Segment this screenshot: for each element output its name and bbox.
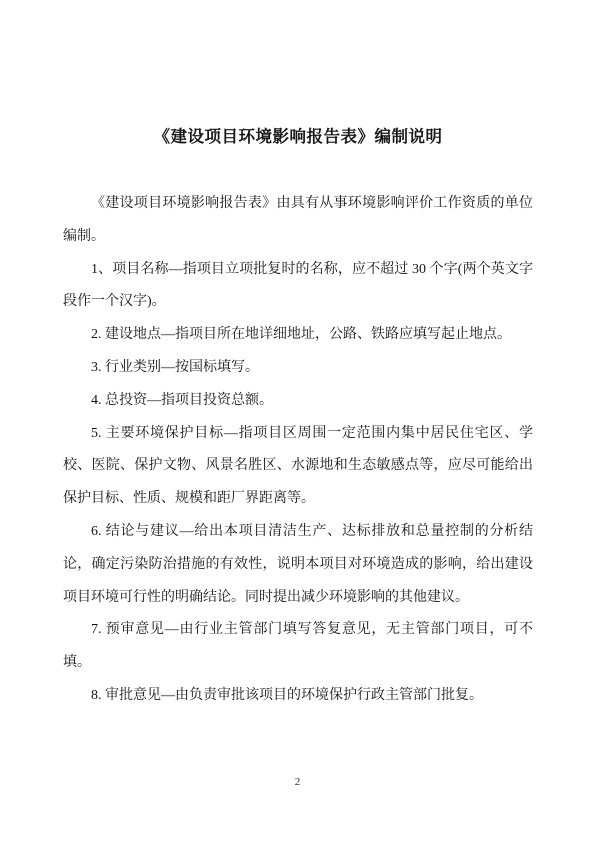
document-page: 《建设项目环境影响报告表》编制说明 《建设项目环境影响报告表》由具有从事环境影响… bbox=[0, 0, 595, 842]
list-item-7: 7. 预审意见—由行业主管部门填写答复意见，无主管部门项目，可不填。 bbox=[63, 614, 533, 680]
list-item-3: 3. 行业类别—按国标填写。 bbox=[63, 352, 533, 385]
document-content: 《建设项目环境影响报告表》编制说明 《建设项目环境影响报告表》由具有从事环境影响… bbox=[63, 126, 533, 713]
list-item-2: 2. 建设地点—指项目所在地详细地址，公路、铁路应填写起止地点。 bbox=[63, 319, 533, 352]
list-item-6: 6. 结论与建议—给出本项目清洁生产、达标排放和总量控制的分析结论，确定污染防治… bbox=[63, 516, 533, 614]
document-title: 《建设项目环境影响报告表》编制说明 bbox=[63, 126, 533, 148]
page-number: 2 bbox=[0, 776, 595, 788]
intro-paragraph: 《建设项目环境影响报告表》由具有从事环境影响评价工作资质的单位编制。 bbox=[63, 188, 533, 254]
list-item-5: 5. 主要环境保护目标—指项目区周围一定范围内集中居民住宅区、学校、医院、保护文… bbox=[63, 418, 533, 516]
list-item-1: 1、项目名称—指项目立项批复时的名称，应不超过 30 个字(两个英文字段作一个汉… bbox=[63, 254, 533, 320]
list-item-8: 8. 审批意见—由负责审批该项目的环境保护行政主管部门批复。 bbox=[63, 680, 533, 713]
list-item-4: 4. 总投资—指项目投资总额。 bbox=[63, 385, 533, 418]
